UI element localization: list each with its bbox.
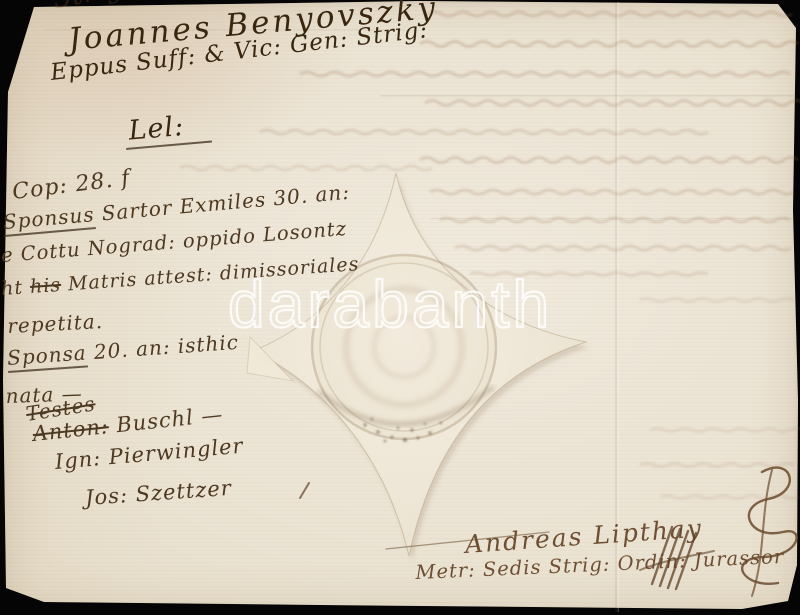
struck-word: his	[29, 274, 62, 298]
document-photo: Strig Joannes Benyovszky Eppus Suff: & V…	[0, 0, 800, 615]
attest-a: ht	[0, 276, 30, 300]
underlined-word-sponsa: Sponsa	[6, 341, 87, 373]
header-abbrev-line: Lel:	[123, 109, 211, 147]
entry-line-repetita: repetita.	[7, 309, 104, 338]
